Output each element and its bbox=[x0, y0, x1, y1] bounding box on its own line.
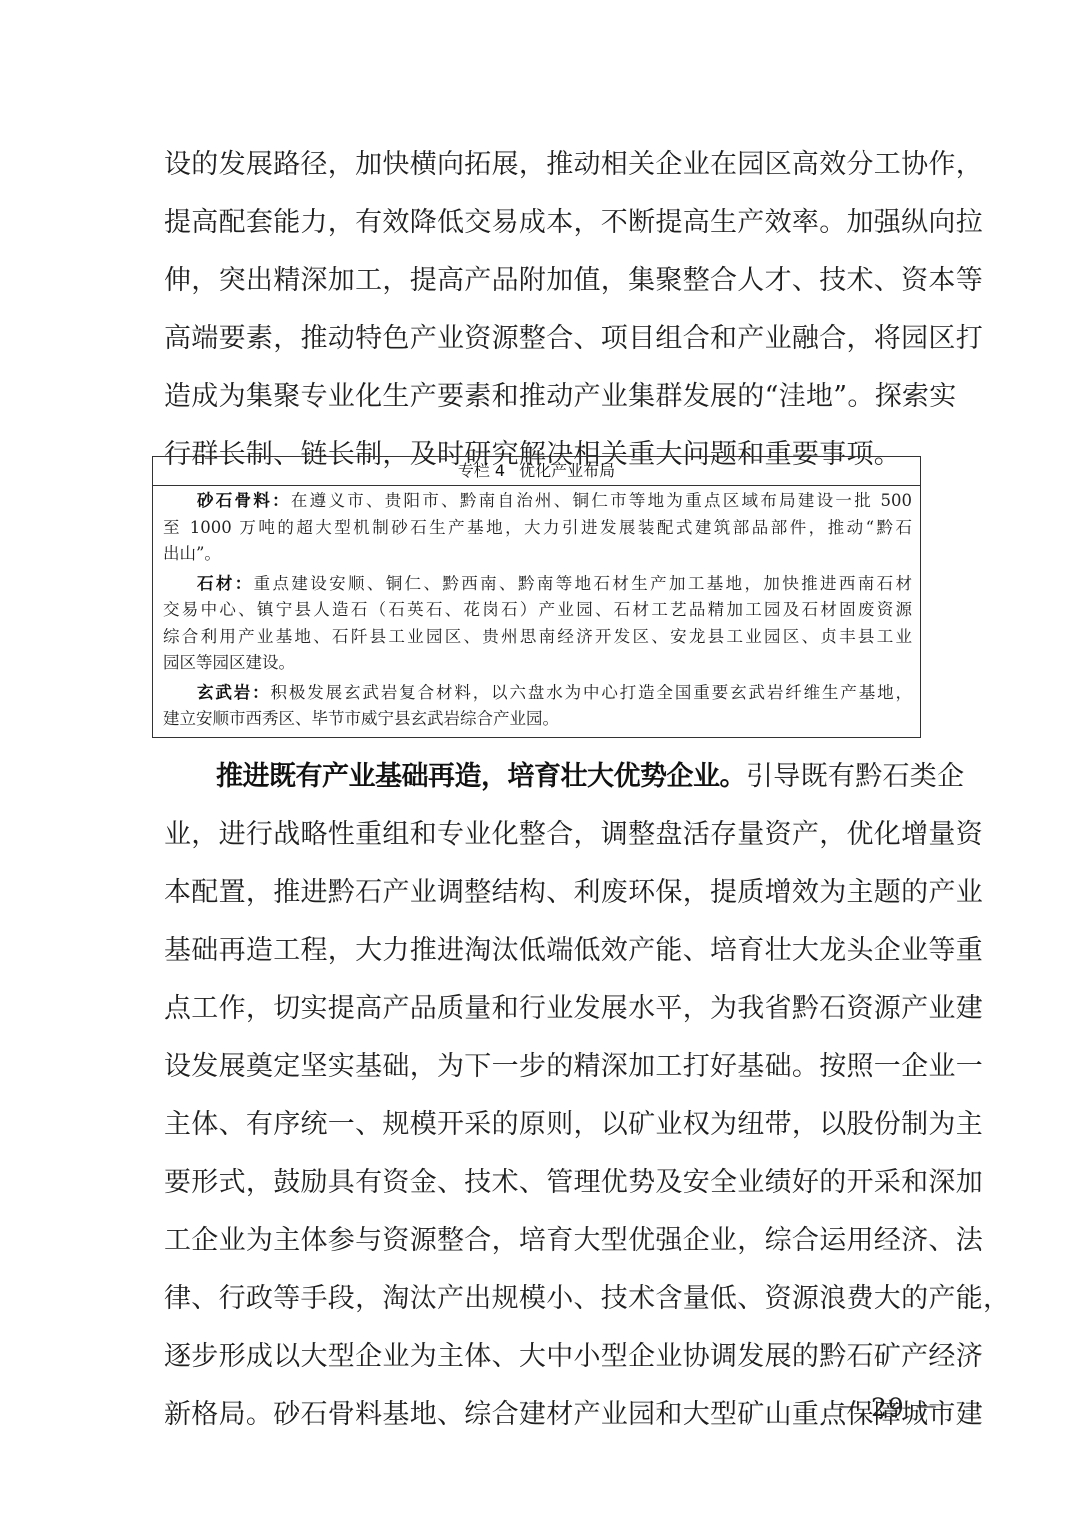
text-line: 要形式，鼓励具有资金、技术、管理优势及安全业绩好的开采和深加 bbox=[164, 1154, 916, 1212]
box-line: 园区等园区建设。 bbox=[163, 650, 912, 677]
text-line: 主体、有序统一、规模开采的原则，以矿业权为纽带，以股份制为主 bbox=[164, 1096, 916, 1154]
box-line: 出山”。 bbox=[163, 541, 912, 568]
text-line: 设的发展路径，加快横向拓展，推动相关企业在园区高效分工协作， bbox=[164, 136, 916, 194]
box-line: 交易中心、镇宁县人造石（石英石、花岗石）产业园、石材工艺品精加工园及石材固废资源 bbox=[163, 597, 912, 624]
document-page: 设的发展路径，加快横向拓展，推动相关企业在园区高效分工协作， 提高配套能力，有效… bbox=[0, 0, 1074, 1520]
text-line: 逐步形成以大型企业为主体、大中小型企业协调发展的黔石矿产经济 bbox=[164, 1328, 916, 1386]
box-line: 玄武岩：积极发展玄武岩复合材料，以六盘水为中心打造全国重要玄武岩纤维生产基地， bbox=[163, 680, 912, 707]
text-line: 新格局。砂石骨料基地、综合建材产业园和大型矿山重点保障城市建 bbox=[164, 1386, 916, 1444]
section-text: 在遵义市、贵阳市、黔南自治州、铜仁市等地为重点区域布局建设一批 500 bbox=[291, 491, 912, 510]
section-term: 砂石骨料： bbox=[197, 491, 291, 510]
top-paragraph: 设的发展路径，加快横向拓展，推动相关企业在园区高效分工协作， 提高配套能力，有效… bbox=[164, 136, 916, 484]
box-line: 至 1000 万吨的超大型机制砂石生产基地，大力引进发展装配式建筑部品部件，推动… bbox=[163, 515, 912, 542]
section-text: 积极发展玄武岩复合材料，以六盘水为中心打造全国重要玄武岩纤维生产基地， bbox=[271, 683, 912, 702]
text-line: 点工作，切实提高产品质量和行业发展水平，为我省黔石资源产业建 bbox=[164, 980, 916, 1038]
column-box-body: 砂石骨料：在遵义市、贵阳市、黔南自治州、铜仁市等地为重点区域布局建设一批 500… bbox=[153, 486, 920, 733]
section-term: 玄武岩： bbox=[197, 683, 271, 702]
box-line: 综合利用产业基地、石阡县工业园区、贵州思南经济开发区、安龙县工业园区、贞丰县工业 bbox=[163, 624, 912, 651]
paragraph-text: 引导既有黔石类企 bbox=[746, 761, 964, 792]
text-line: 推进既有产业基础再造，培育壮大优势企业。引导既有黔石类企 bbox=[164, 748, 916, 806]
box-line: 石材：重点建设安顺、铜仁、黔西南、黔南等地石材生产加工基地，加快推进西南石材 bbox=[163, 571, 912, 598]
text-line: 设发展奠定坚实基础，为下一步的精深加工打好基础。按照一企业一 bbox=[164, 1038, 916, 1096]
box-line: 建立安顺市西秀区、毕节市威宁县玄武岩综合产业园。 bbox=[163, 706, 912, 733]
text-line: 伸，突出精深加工，提高产品附加值，集聚整合人才、技术、资本等 bbox=[164, 252, 916, 310]
page-number: － 29 － bbox=[836, 1388, 940, 1424]
column-box: 专栏 4优化产业布局 砂石骨料：在遵义市、贵阳市、黔南自治州、铜仁市等地为重点区… bbox=[152, 456, 921, 738]
text-line: 基础再造工程，大力推进淘汰低端低效产能、培育壮大龙头企业等重 bbox=[164, 922, 916, 980]
text-line: 提高配套能力，有效降低交易成本，不断提高生产效率。加强纵向拉 bbox=[164, 194, 916, 252]
text-line: 律、行政等手段，淘汰产出规模小、技术含量低、资源浪费大的产能， bbox=[164, 1270, 916, 1328]
main-paragraph: 推进既有产业基础再造，培育壮大优势企业。引导既有黔石类企 业，进行战略性重组和专… bbox=[164, 748, 916, 1444]
paragraph-lead-heading: 推进既有产业基础再造，培育壮大优势企业。 bbox=[216, 761, 746, 792]
text-line: 造成为集聚专业化生产要素和推动产业集群发展的“洼地”。探索实 bbox=[164, 368, 916, 426]
text-line: 业，进行战略性重组和专业化整合，调整盘活存量资产，优化增量资 bbox=[164, 806, 916, 864]
text-line: 工企业为主体参与资源整合，培育大型优强企业，综合运用经济、法 bbox=[164, 1212, 916, 1270]
column-box-header: 专栏 4优化产业布局 bbox=[153, 457, 920, 486]
section-term: 石材： bbox=[197, 574, 254, 593]
text-line: 高端要素，推动特色产业资源整合、项目组合和产业融合，将园区打 bbox=[164, 310, 916, 368]
box-line: 砂石骨料：在遵义市、贵阳市、黔南自治州、铜仁市等地为重点区域布局建设一批 500 bbox=[163, 488, 912, 515]
section-text: 重点建设安顺、铜仁、黔西南、黔南等地石材生产加工基地，加快推进西南石材 bbox=[254, 574, 912, 593]
text-line: 本配置，推进黔石产业调整结构、利废环保，提质增效为主题的产业 bbox=[164, 864, 916, 922]
column-box-number: 专栏 4 bbox=[458, 461, 505, 480]
column-box-title: 优化产业布局 bbox=[519, 461, 615, 480]
